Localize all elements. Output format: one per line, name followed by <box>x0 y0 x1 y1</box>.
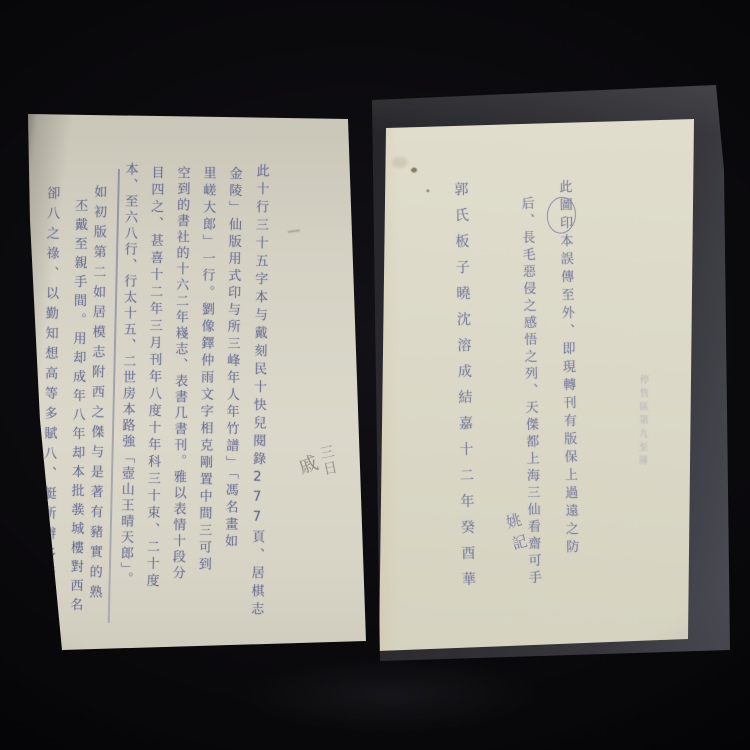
photo-vignette <box>0 0 750 750</box>
photograph-of-manuscript-pages: 此十行三十五字本与戴刻民十快兒閱錄277頁、居棋志 金陵」仙版用式印与所三峰年人… <box>0 0 750 750</box>
